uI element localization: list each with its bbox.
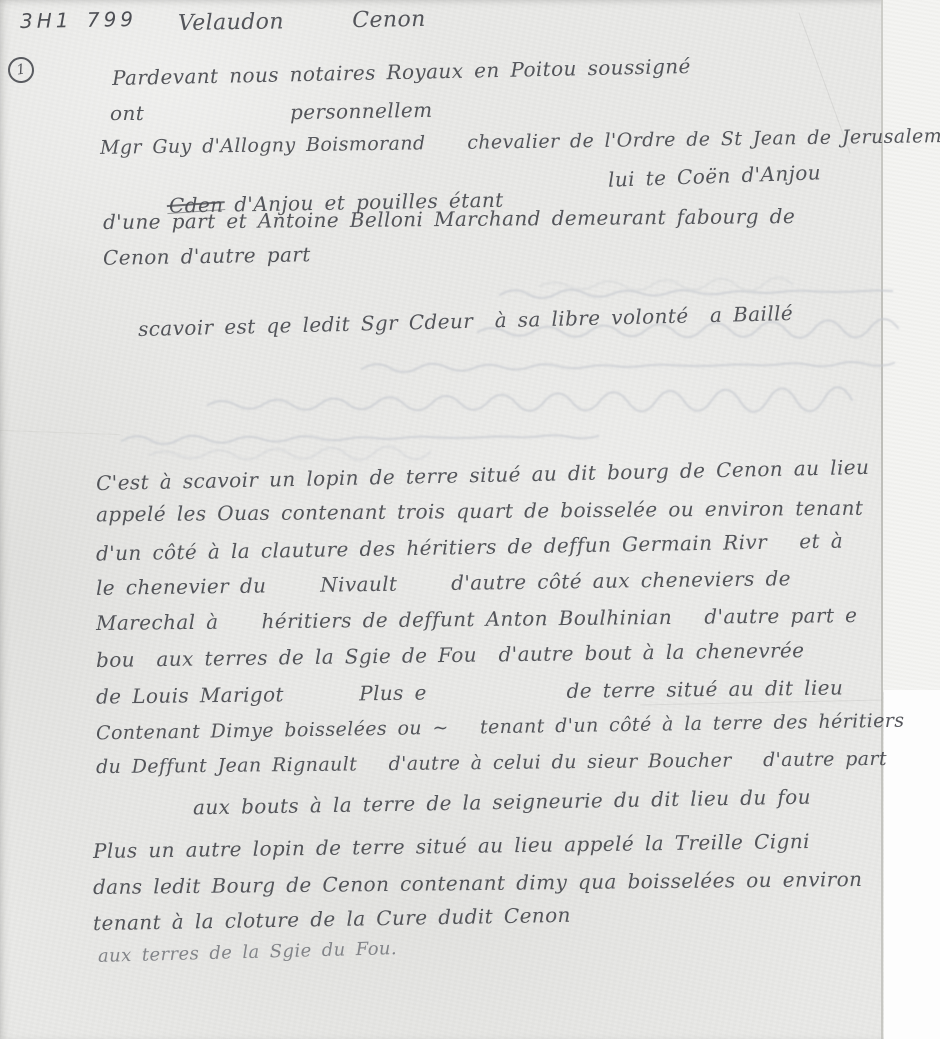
hw-line-02: ont [110,101,144,126]
hw-line-07: Cenon d'autre part [103,242,311,271]
hw-line-05-right: lui te Coën d'Anjou [608,160,822,192]
hw-line-01: Pardevant nous notaires Royaux en Poitou… [112,54,691,91]
hw-line-08: scavoir est qe ledit Sgr Cdeur à sa libr… [138,301,794,342]
hw-line-06: d'une part et Antoine Belloni Marchand d… [103,204,795,235]
scanned-document-page: 3H1 799 Velaudon Cenon 1 Pardevant nous … [0,0,940,1039]
page-number-circle: 1 [6,55,35,84]
scanner-background [884,690,940,1039]
hw-line-14: bou aux terres de la Sgie de Fou d'autre… [96,638,805,673]
hw-line-12: le chenevier du Nivault d'autre côté aux… [96,566,791,601]
hw-line-19: Plus un autre lopin de terre situé au li… [93,829,810,864]
hw-line-04: Mgr Guy d'Allogny Boismorand chevalier d… [100,125,940,161]
hw-line-16: Contenant Dimye boisselées ou ~ tenant d… [96,710,905,746]
hw-line-09: C'est à scavoir un lopin de terre situé … [96,455,870,496]
archive-reference: 3H1 799 [20,7,137,33]
hw-line-21: tenant à la cloture de la Cure dudit Cen… [93,903,571,936]
hw-line-13: Marechal à héritiers de deffunt Anton Bo… [96,603,858,636]
hw-line-03: personnellem [290,98,433,125]
document-title: Velaudon Cenon [178,6,426,38]
hw-line-11: d'un côté à la clauture des héritiers de… [96,528,843,566]
hw-line-15: de Louis Marigot Plus e de terre situé a… [96,675,843,709]
hw-line-10: appelé les Ouas contenant trois quart de… [96,496,863,528]
paper-edge-strip [883,0,940,692]
paper-fold-edge [881,0,883,1039]
hw-line-20: dans ledit Bourg de Cenon contenant dimy… [93,867,863,900]
fold-crease [0,430,120,435]
hw-line-22: aux terres de la Sgie du Fou. [98,938,398,968]
hw-line-18: aux bouts à la terre de la seigneurie du… [193,785,811,821]
hw-line-17: du Deffunt Jean Rignault d'autre à celui… [96,748,887,780]
